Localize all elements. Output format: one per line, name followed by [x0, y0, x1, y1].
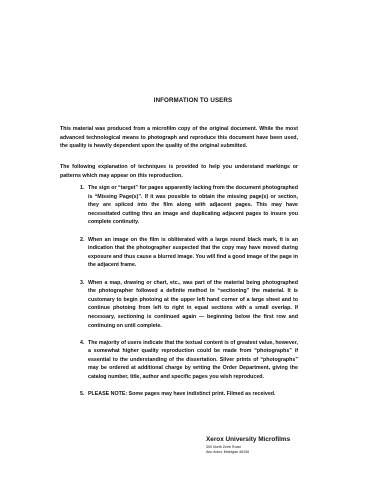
- item-number: 3.: [80, 279, 84, 288]
- list-item: 1. The sign or “target” for pages appare…: [80, 184, 298, 227]
- intro-paragraph: This material was produced from a microf…: [60, 125, 298, 151]
- list-item: 4. The majority of users indicate that t…: [80, 339, 298, 382]
- item-text: When an image on the film is obliterated…: [88, 237, 298, 269]
- item-number: 2.: [80, 236, 84, 245]
- item-number: 4.: [80, 339, 84, 348]
- item-text: The sign or “target” for pages apparentl…: [88, 185, 298, 225]
- item-number: 5.: [80, 390, 84, 399]
- list-item: 3. When a map, drawing or chart, etc., w…: [80, 279, 298, 331]
- document-page: INFORMATION TO USERS This material was p…: [0, 0, 386, 500]
- address-line-2: Ann Arbor, Michigan 48106: [206, 450, 290, 455]
- item-text: PLEASE NOTE: Some pages may have indisti…: [88, 391, 276, 397]
- explanation-paragraph: The following explanation of techniques …: [60, 163, 298, 180]
- item-text: When a map, drawing or chart, etc., was …: [88, 280, 298, 329]
- item-number: 1.: [80, 184, 84, 193]
- organization-name: Xerox University Microfilms: [206, 436, 290, 443]
- item-text: The majority of users indicate that the …: [88, 340, 298, 380]
- numbered-list: 1. The sign or “target” for pages appare…: [80, 184, 298, 407]
- publisher-signature: Xerox University Microfilms 300 North Ze…: [206, 436, 290, 455]
- document-title: INFORMATION TO USERS: [0, 97, 386, 104]
- list-item: 2. When an image on the film is oblitera…: [80, 236, 298, 270]
- list-item: 5. PLEASE NOTE: Some pages may have indi…: [80, 390, 298, 399]
